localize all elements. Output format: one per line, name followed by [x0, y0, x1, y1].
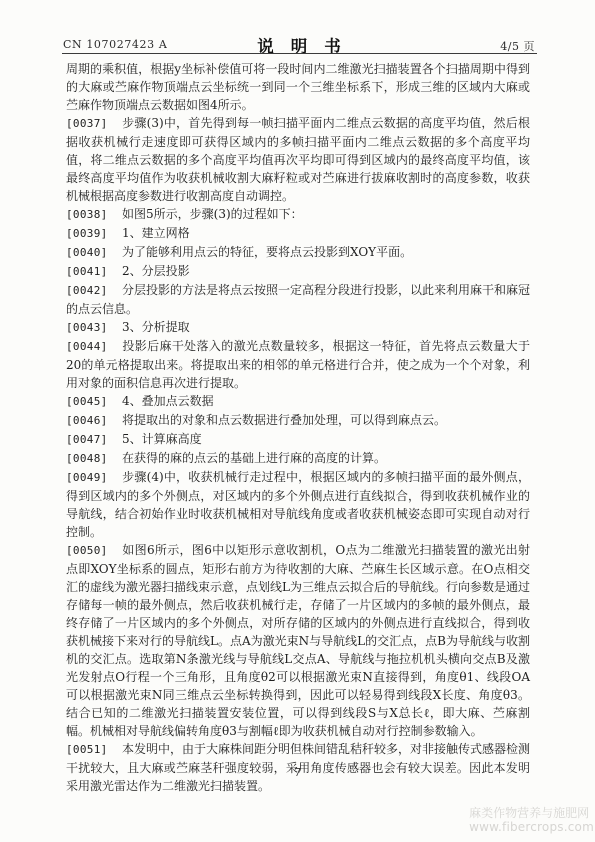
- watermark-site-name: 麻类作物营养与施肥网: [469, 807, 594, 821]
- paragraph-number: [0040]: [66, 244, 122, 262]
- paragraph-number: [0039]: [66, 225, 122, 243]
- paragraph-text: 3、分析提取: [122, 320, 190, 334]
- watermark-url: www.fibercrops.com: [469, 821, 594, 835]
- paragraph-text: 2、分层投影: [122, 264, 190, 278]
- paragraph-text: 5、计算麻高度: [122, 432, 202, 446]
- paragraph: [0050]如图6所示，图6中以矩形示意收割机，O点为二维激光扫描装置的激光出射…: [66, 541, 530, 740]
- paragraph-text: 在获得的麻的点云的基础上进行麻的高度的计算。: [122, 451, 386, 465]
- sheet-indicator: 4/5 页: [500, 38, 535, 54]
- paragraph-number: [0049]: [66, 469, 122, 487]
- paragraph: [0040]为了能够利用点云的特征，要将点云投影到XOY平面。: [66, 243, 530, 262]
- paragraph: [0049]步骤(4)中，收获机械行走过程中，根据区域内的多帧扫描平面的最外侧点…: [66, 468, 530, 541]
- paragraph-number: [0050]: [66, 542, 122, 560]
- patent-specification-page: CN 107027423 A 说明书 4/5 页 周期的乘积值，根据y坐标补偿值…: [0, 0, 595, 842]
- paragraph-number: [0042]: [66, 282, 122, 300]
- paragraph: [0045]4、叠加点云数据: [66, 392, 530, 411]
- paragraph: [0046]将提取出的对象和点云数据进行叠加处理，可以得到麻点云。: [66, 411, 530, 430]
- paragraph-number: [0038]: [66, 206, 122, 224]
- page-header: CN 107027423 A 说明书 4/5 页: [63, 33, 535, 53]
- paragraph-text: 为了能够利用点云的特征，要将点云投影到XOY平面。: [122, 245, 412, 259]
- paragraph-text: 如图5所示，步骤(3)的过程如下：: [122, 207, 303, 221]
- paragraph-text: 4、叠加点云数据: [122, 394, 214, 408]
- paragraph-number: [0043]: [66, 319, 122, 337]
- paragraph-text: 分层投影的方法是将点云按照一定高程分段进行投影，以此来利用麻干和麻冠的点云信息。: [66, 283, 530, 316]
- paragraph-number: [0046]: [66, 412, 122, 430]
- paragraph: [0043]3、分析提取: [66, 318, 530, 337]
- paragraph-text: 步骤(4)中，收获机械行走过程中，根据区域内的多帧扫描平面的最外侧点，得到区域内…: [66, 470, 530, 539]
- paragraph-text: 投影后麻干处落入的激光点数量较多，根据这一特征，首先将点云数量大于20的单元格提…: [66, 339, 530, 390]
- paragraph-number: [0047]: [66, 431, 122, 449]
- paragraph: [0041]2、分层投影: [66, 262, 530, 281]
- paragraph-text: 步骤(3)中，首先得到每一帧扫描平面内二维点云数据的高度平均值，然后根据收获机械…: [66, 116, 530, 203]
- paragraph: [0042]分层投影的方法是将点云按照一定高程分段进行投影，以此来利用麻干和麻冠…: [66, 281, 530, 318]
- paragraph-number: [0051]: [66, 741, 122, 759]
- paragraph: [0048]在获得的麻的点云的基础上进行麻的高度的计算。: [66, 449, 530, 468]
- paragraph: [0038]如图5所示，步骤(3)的过程如下：: [66, 205, 530, 224]
- paragraph: [0039]1、建立网格: [66, 224, 530, 243]
- watermark: 麻类作物营养与施肥网 www.fibercrops.com: [469, 807, 594, 834]
- paragraph-text: 如图6所示，图6中以矩形示意收割机，O点为二维激光扫描装置的激光出射点即XOY坐…: [66, 543, 530, 738]
- paragraph-text: 将提取出的对象和点云数据进行叠加处理，可以得到麻点云。: [122, 413, 446, 427]
- paragraph: [0037]步骤(3)中，首先得到每一帧扫描平面内二维点云数据的高度平均值，然后…: [66, 114, 530, 205]
- paragraph: [0044]投影后麻干处落入的激光点数量较多，根据这一特征，首先将点云数量大于2…: [66, 337, 530, 392]
- paragraph-number: [0037]: [66, 115, 122, 133]
- paragraph-number: [0048]: [66, 450, 122, 468]
- body-paragraphs: 周期的乘积值，根据y坐标补偿值可将一段时间内二维激光扫描装置各个扫描周期中得到的…: [66, 60, 530, 795]
- header-divider: [62, 53, 537, 54]
- paragraph-number: [0041]: [66, 263, 122, 281]
- paragraph-number: [0044]: [66, 338, 122, 356]
- paragraph-text: 1、建立网格: [122, 226, 190, 240]
- paragraph-text: 周期的乘积值，根据y坐标补偿值可将一段时间内二维激光扫描装置各个扫描周期中得到的…: [66, 62, 530, 112]
- page-number: 7: [0, 765, 595, 779]
- paragraph-number: [0045]: [66, 393, 122, 411]
- paragraph: 周期的乘积值，根据y坐标补偿值可将一段时间内二维激光扫描装置各个扫描周期中得到的…: [66, 60, 530, 114]
- paragraph: [0047]5、计算麻高度: [66, 430, 530, 449]
